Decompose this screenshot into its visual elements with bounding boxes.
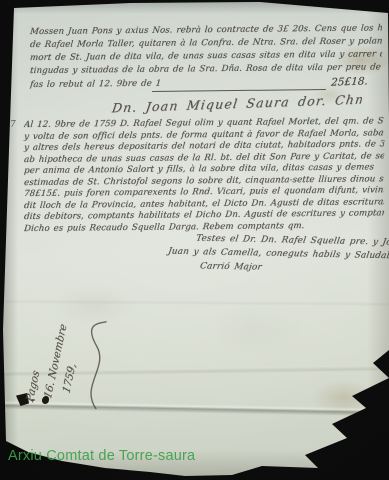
entry-line: Dicho es puis Recaudo Squella Darga. Reb… [24,220,385,234]
amount-total: 25£18. [331,75,369,88]
receipt-line: mort de St. Juan de dita vila, de unas s… [30,49,383,63]
receipt-line: tingudas y situadas de la obra de la Sra… [30,62,383,76]
closing-line: Testes el Dr. Dn. Rafel Squella pre. y J… [195,234,389,249]
signature-line: Dn. Joan Miquel Saura dor. Chm. [111,92,363,116]
tally-dash-rule [152,89,326,92]
margin-mark: 7 [10,120,16,130]
archival-photo: Mossen Juan Pons y axius Nos. rebrà lo c… [0,0,389,480]
closing-line: Carrió Major [199,261,262,272]
closing-line: Juan y als Camella, coneguts habils y Sa… [167,247,389,262]
archive-watermark: Arxiu Comtat de Torre-saura [8,448,195,464]
manuscript-text-layer: Mossen Juan Pons y axius Nos. rebrà lo c… [0,0,389,480]
receipt-line: de Rafael Morla Taller, quitaren à la Co… [30,36,383,50]
verso-date-note: Pagos 16. Novembre 1759, [22,292,95,410]
receipt-date-line: fas lo rebut al 12. 9bre de 1759 [30,79,161,90]
receipt-line: Mossen Juan Pons y axius Nos. rebrà lo c… [30,23,383,37]
